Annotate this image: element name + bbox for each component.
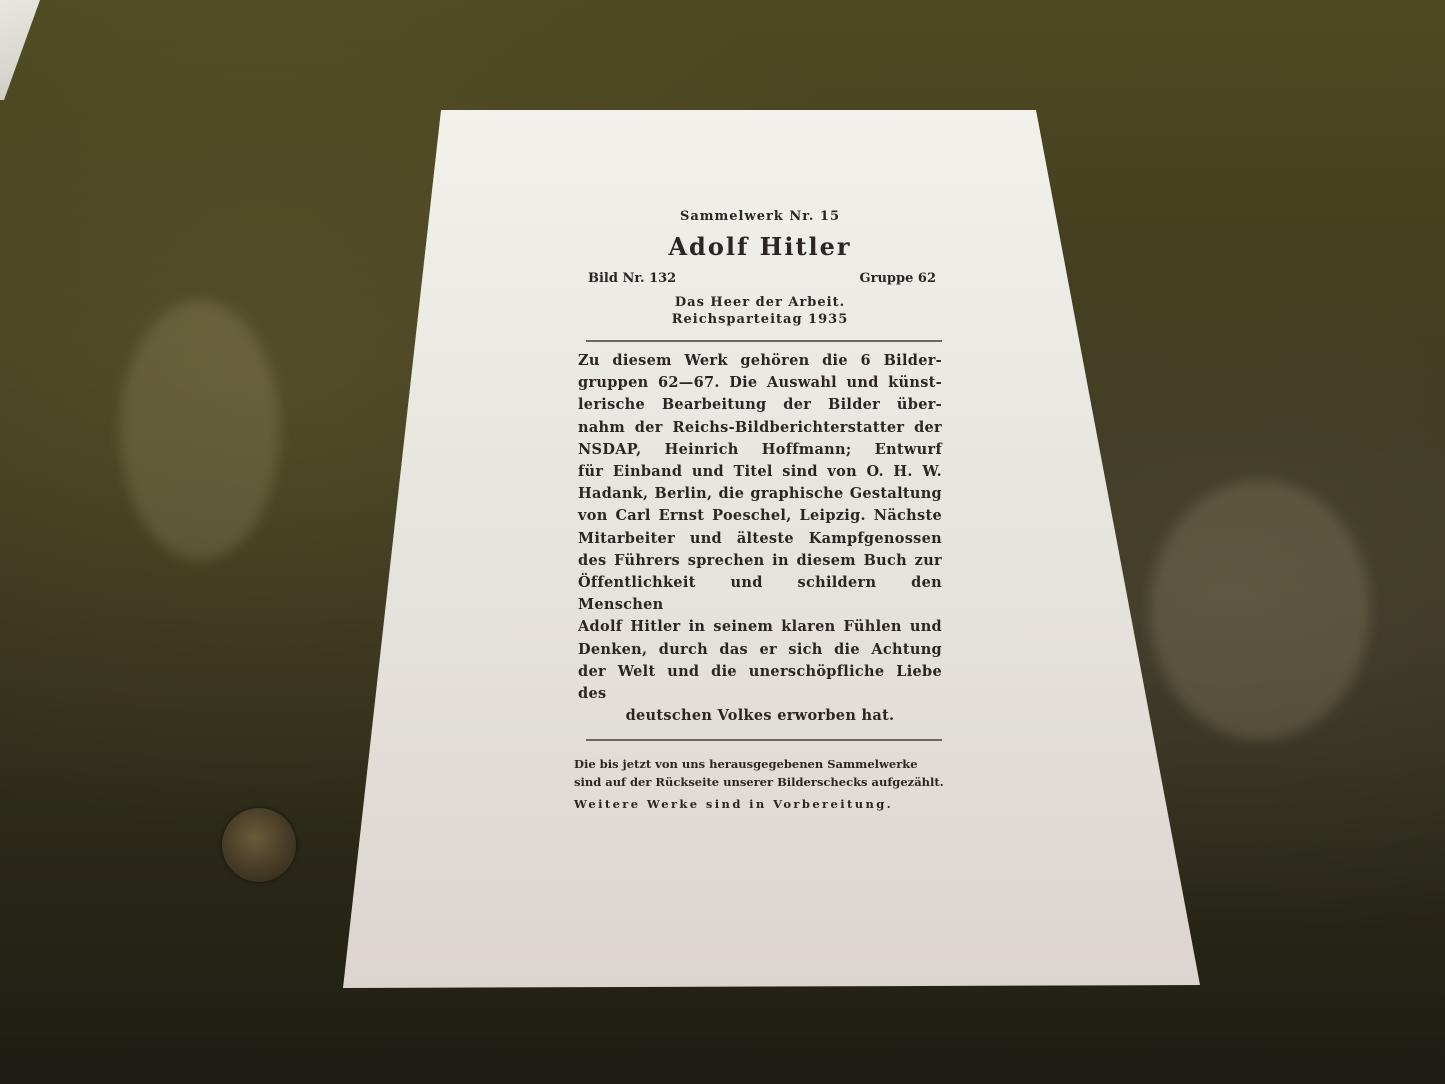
body-line: gruppen 62—67. Die Auswahl und künst- bbox=[578, 372, 942, 394]
body-line: Zu diesem Werk gehören die 6 Bilder- bbox=[578, 350, 942, 372]
body-line: nahm der Reichs-Bildberichterstatter der bbox=[578, 417, 942, 439]
picture-number: Bild Nr. 132 bbox=[588, 271, 676, 286]
footer-line-2: sind auf der Rückseite unserer Bildersch… bbox=[574, 773, 950, 791]
body-line: der Welt und die unerschöpfliche Liebe d… bbox=[578, 661, 942, 705]
subtitle-line-2: Reichsparteitag 1935 bbox=[570, 311, 950, 328]
meta-row: Bild Nr. 132 Gruppe 62 bbox=[588, 271, 936, 286]
series-label: Sammelwerk Nr. 15 bbox=[570, 209, 950, 224]
card-title: Adolf Hitler bbox=[570, 232, 950, 261]
body-line: Öffentlichkeit und schildern den Mensche… bbox=[578, 572, 942, 616]
body-line: für Einband und Titel sind von O. H. W. bbox=[578, 461, 942, 483]
card-text: Sammelwerk Nr. 15 Adolf Hitler Bild Nr. … bbox=[570, 205, 950, 813]
body-line: deutschen Volkes erworben hat. bbox=[578, 705, 942, 727]
subtitle: Das Heer der Arbeit. Reichsparteitag 193… bbox=[570, 294, 950, 328]
body-text: Zu diesem Werk gehören die 6 Bilder-grup… bbox=[578, 350, 942, 727]
body-line: Mitarbeiter und älteste Kampfgenossen bbox=[578, 528, 942, 550]
paper-corner bbox=[0, 0, 40, 100]
surface-scuff bbox=[120, 300, 280, 560]
body-line: NSDAP, Heinrich Hoffmann; Entwurf bbox=[578, 439, 942, 461]
subtitle-line-1: Das Heer der Arbeit. bbox=[570, 294, 950, 311]
divider bbox=[586, 340, 942, 342]
body-line: von Carl Ernst Poeschel, Leipzig. Nächst… bbox=[578, 505, 942, 527]
body-line: Denken, durch das er sich die Achtung bbox=[578, 639, 942, 661]
footer: Die bis jetzt von uns herausgegebenen Sa… bbox=[570, 755, 950, 813]
body-line: des Führers sprechen in diesem Buch zur bbox=[578, 550, 942, 572]
screw-head bbox=[222, 808, 296, 882]
body-line: Hadank, Berlin, die graphische Gestaltun… bbox=[578, 483, 942, 505]
surface-scuff bbox=[1150, 480, 1370, 740]
footer-line-3: Weitere Werke sind in Vorbereitung. bbox=[574, 795, 950, 813]
body-line: Adolf Hitler in seinem klaren Fühlen und bbox=[578, 616, 942, 638]
group-number: Gruppe 62 bbox=[860, 271, 936, 286]
divider bbox=[586, 739, 942, 741]
footer-line-1: Die bis jetzt von uns herausgegebenen Sa… bbox=[574, 755, 950, 773]
body-line: lerische Bearbeitung der Bilder über- bbox=[578, 394, 942, 416]
